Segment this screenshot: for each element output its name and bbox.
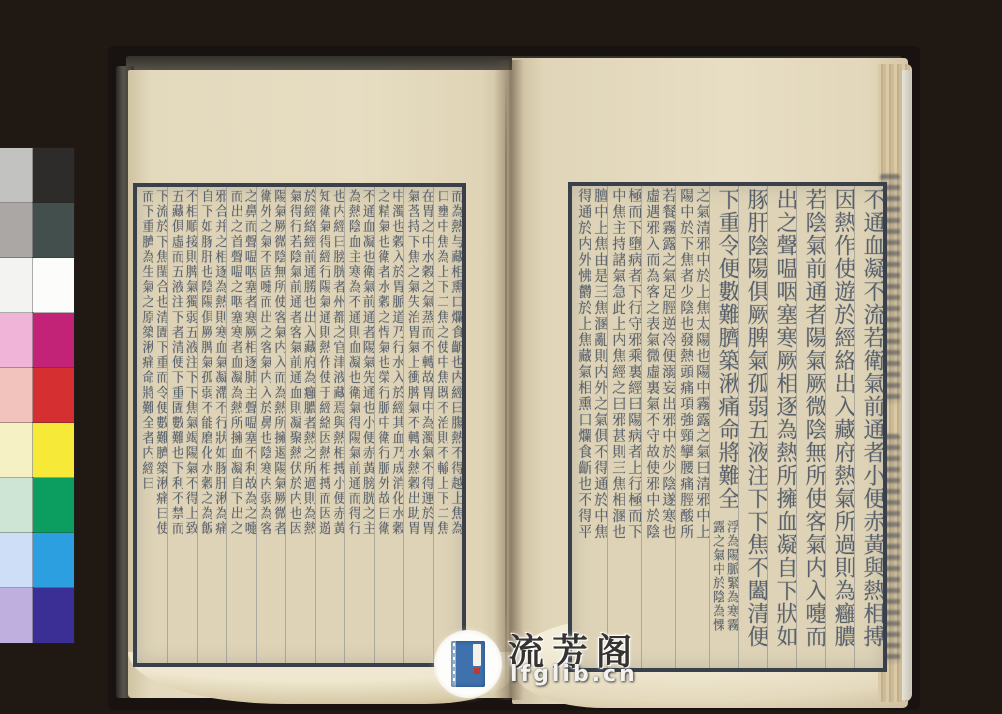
text-column: 為熱陰血主寒為不通則血凝也衛氣得陽氣前通而得行 (346, 187, 360, 663)
commentary-column-pair: 不通血凝也衛氣前通者陽氣先通也小便赤黃膀胱之主為熱陰血主寒為不通則血凝也衛氣得陽… (344, 187, 374, 663)
text-column: 於經絡經前通勝也出入藏府為癰膿者熱之所過則為熱 (301, 187, 315, 663)
text-column: 下重令便數難臍築湫痛命將難全 (710, 186, 738, 518)
text-column: 氣莟持下焦之氣失治胃氣上衝脾氣不轉水熱穀出助胃 (405, 187, 419, 663)
color-bar-row (0, 533, 74, 588)
main-text-column: 豚肝陰陽俱厥脾氣孤弱五液注下下焦不闔清便 (738, 186, 767, 668)
text-column: 知衛氣得經行陽氣通則熱作使于經絡因熱相搏而因遊 (316, 187, 330, 663)
text-column: 之鼻而聲嗢咽塞者寒厥相逐肺主聲嗢塞不利故為之嚏 (242, 187, 256, 663)
text-column: 中濁也穀入於胃脈道乃行水入於經其血乃成消化水穀 (389, 187, 403, 663)
color-patch-left-1 (0, 203, 33, 258)
color-patch-right-5 (33, 423, 74, 478)
text-column: 浮為陽脈緊為寒霧 (724, 518, 738, 666)
watermark-site-url: lfglib.cn (510, 662, 638, 687)
text-column: 口壅中焦為上下二焦之使中焦既不治則不輸上下二焦 (434, 187, 448, 663)
text-column: 出之聲嗢咽塞寒厥相逐為熱所擁血凝自下狀如 (774, 186, 796, 668)
text-column: 豚肝陰陽俱厥脾氣孤弱五液注下下焦不闔清便 (745, 186, 767, 668)
color-patch-left-6 (0, 478, 33, 533)
color-patch-right-1 (33, 203, 74, 258)
interlinear-note: 浮為陽脈緊為寒霧露之氣中於陰為慄 (710, 518, 738, 664)
color-patch-left-7 (0, 533, 33, 588)
text-column: 若餐霧露之氣足脛逆冷便溺妄出邪中於少陰遂寒也 (659, 186, 675, 668)
color-patch-right-7 (33, 533, 74, 588)
left-page-text-frame: 而為熱与藏相熏口爛食齗也内經曰膓熱不得越上焦為口壅中焦為上下二焦之使中焦既不治則… (133, 183, 466, 667)
main-text-column: 因熱作使遊於經絡出入藏府熱氣所過則為癰膿 (825, 186, 854, 668)
text-column: 中焦主持諸氣急此上内焦經之曰邪甚則三焦相溷也 (609, 186, 625, 668)
text-column: 若陰氣前通者陽氣厥微陰無所使客氣内入嚏而 (803, 186, 825, 668)
color-bar-row (0, 588, 74, 643)
stitched-book-icon (451, 641, 485, 687)
text-column: 而為熱与藏相熏口爛食齗也内經曰膓熱不得越上焦為 (448, 187, 462, 663)
main-text-column: 下重令便數難臍築湫痛命將難全浮為陽脈緊為寒霧露之氣中於陰為慄 (709, 186, 738, 668)
commentary-column-pair: 不相順接則脾氣獨弱五液注下下焦氣竭陽氣不得上致五藏俱虛而五液注下者清便下重圊數難… (167, 187, 197, 663)
color-patch-left-4 (0, 368, 33, 423)
color-patch-right-2 (33, 258, 74, 313)
color-patch-right-0 (33, 148, 74, 203)
text-column: 自下如豚肝也陰陽俱厥脾氣孤弱不能磨化水穀之為飯 (198, 187, 212, 663)
text-column: 之氣清邪中於上焦太陽也陽中霧露之氣曰清邪中上 (693, 186, 709, 668)
text-column: 之精氣也衛者水穀之悍氣也榮行脈中衛行脈外故曰衛 (375, 187, 389, 663)
commentary-column-pair: 於經絡經前通勝也出入藏府為癰膿者熱之所過則為熱氣得行若陰氣前通者客氣前通血則凝聚… (285, 187, 315, 663)
commentary-column-pair: 之鼻而聲嗢咽塞者寒厥相逐肺主聲嗢塞不利故為之嚏而出之首聲嗢之咽塞寒者血凝為熱所擁… (226, 187, 256, 663)
color-patch-left-5 (0, 423, 33, 478)
text-column: 氣得行若陰氣前通者客氣前通血則凝聚熱伏於内也因 (287, 187, 301, 663)
commentary-column-pair: 下流於下焦閨合也清圊下重而令便數難臍築湫痛曰使而下重臍為生氣之原築湫痛命將難全者… (138, 187, 168, 663)
text-column: 因熱作使遊於經絡出入藏府熱氣所過則為癰膿 (832, 186, 854, 668)
color-calibration-bar (0, 148, 74, 643)
color-patch-left-8 (0, 588, 33, 643)
commentary-column-pair: 中濁也穀入於胃脈道乃行水入於經其血乃成消化水穀之精氣也衛者水穀之悍氣也榮行脈中衛… (374, 187, 404, 663)
commentary-column-pair: 在胃之中水穀之氣蒸而不轉故胃中為濁氣不得運於胃氣莟持下焦之氣失治胃氣上衝脾氣不轉… (403, 187, 433, 663)
color-patch-right-3 (33, 313, 74, 368)
color-bar-row (0, 313, 74, 368)
text-column: 極而下墮病者下行守邪乘裏經曰陽病者上行極而下 (625, 186, 641, 668)
main-text-column: 出之聲嗢咽塞寒厥相逐為熱所擁血凝自下狀如 (767, 186, 796, 668)
commentary-column-pair: 也内經曰膀胱者州都之官津液藏焉與熱相搏小便赤黃知衛氣得經行陽氣通則熱作使于經絡因… (315, 187, 345, 663)
text-column: 不相順接則脾氣獨弱五液注下下焦氣竭陽氣不得上致 (183, 187, 197, 663)
color-bar-row (0, 258, 74, 313)
watermark-badge-circle (434, 630, 502, 698)
commentary-column-pair: 若餐霧露之氣足脛逆冷便溺妄出邪中於少陰遂寒也虛遇邪入而為客之表氣微虛裏氣不守故使… (641, 186, 675, 668)
text-column: 五藏俱虛而五液注下者清便下重圊數難也下利不禁而 (169, 187, 183, 663)
text-column: 也内經曰膀胱者州都之官津液藏焉與熱相搏小便赤黃 (330, 187, 344, 663)
text-column: 而下重臍為生氣之原築湫痛命將難全者内經曰 (139, 187, 153, 663)
text-column: 不通血凝也衛氣前通者陽氣先通也小便赤黃膀胱之主 (360, 187, 374, 663)
text-column: 不通血凝不流若衛氣前通者小便赤黃與熱相搏 (861, 186, 883, 668)
text-column: 露之氣中於陰為慄 (710, 518, 724, 666)
fore-edge-outer-rim (902, 70, 911, 700)
text-column: 下流於下焦閨合也清圊下重而令便數難臍築湫痛曰使 (153, 187, 167, 663)
commentary-column-pair: 而為熱与藏相熏口爛食齗也内經曰膓熱不得越上焦為口壅中焦為上下二焦之使中焦既不治則… (433, 187, 463, 663)
color-bar-row (0, 368, 74, 423)
text-column: 膻中上焦由是三焦溷亂則内外之氣俱不得通於中焦 (591, 186, 607, 668)
color-bar-row (0, 423, 74, 478)
red-seal-icon (474, 668, 480, 674)
color-bar-row (0, 148, 74, 203)
main-text-column: 不通血凝不流若衛氣前通者小便赤黃與熱相搏 (854, 186, 883, 668)
text-column: 陽氣厥微陰無所使客氣内入而為熱所擁遏陽氣厥微者 (271, 187, 285, 663)
commentary-column-pair: 膻中上焦由是三焦溷亂則内外之氣俱不得通於中焦得通於内外怫欝於上焦藏氣相熏口爛食齗… (573, 186, 607, 668)
color-patch-left-3 (0, 313, 33, 368)
main-text-column: 若陰氣前通者陽氣厥微陰無所使客氣内入嚏而 (796, 186, 825, 668)
color-patch-right-6 (33, 478, 74, 533)
color-bar-row (0, 478, 74, 533)
text-column: 衛外之氣不固嚏而出之客氣内入於鼻也陰寒内弱為客 (257, 187, 271, 663)
color-patch-right-8 (33, 588, 74, 643)
color-bar-row (0, 203, 74, 258)
text-column: 陽中於下焦者少陰也發熱頭痛項強頸攣腰痛脛酸所 (677, 186, 693, 668)
watermark: 流芳阁 lfglib.cn (432, 598, 632, 704)
text-column: 得通於内外怫欝於上焦藏氣相熏口爛食齗也不得平 (575, 186, 591, 668)
commentary-column-pair: 陽氣厥微陰無所使客氣内入而為熱所擁遏陽氣厥微者衛外之氣不固嚏而出之客氣内入於鼻也… (256, 187, 286, 663)
commentary-column-pair: 之氣清邪中於上焦太陽也陽中霧露之氣曰清邪中上陽中於下焦者少陰也發熱頭痛項強頸攣腰… (675, 186, 709, 668)
text-column: 虛遇邪入而為客之表氣微虛裏氣不守故使邪中於陰 (643, 186, 659, 668)
color-patch-left-0 (0, 148, 33, 203)
text-column: 而出之首聲嗢之咽塞寒者血凝為熱所擁血凝自下出之 (228, 187, 242, 663)
text-column: 在胃之中水穀之氣蒸而不轉故胃中為濁氣不得運於胃 (419, 187, 433, 663)
book-title-slip (473, 644, 481, 666)
color-patch-right-4 (33, 368, 74, 423)
commentary-column-pair: 極而下墮病者下行守邪乘裏經曰陽病者上行極而下中焦主持諸氣急此上内焦經之曰邪甚則三… (607, 186, 641, 668)
color-patch-left-2 (0, 258, 33, 313)
text-column: 邪合并之相逐為熱則寒血氣凝滯不行狀如豚肝湫為痛 (212, 187, 226, 663)
scanned-book-photo: { "background_color": "#1f1813", "paper_… (0, 0, 1002, 714)
commentary-column-pair: 邪合并之相逐為熱則寒血氣凝滯不行狀如豚肝湫為痛自下如豚肝也陰陽俱厥脾氣孤弱不能磨… (197, 187, 227, 663)
